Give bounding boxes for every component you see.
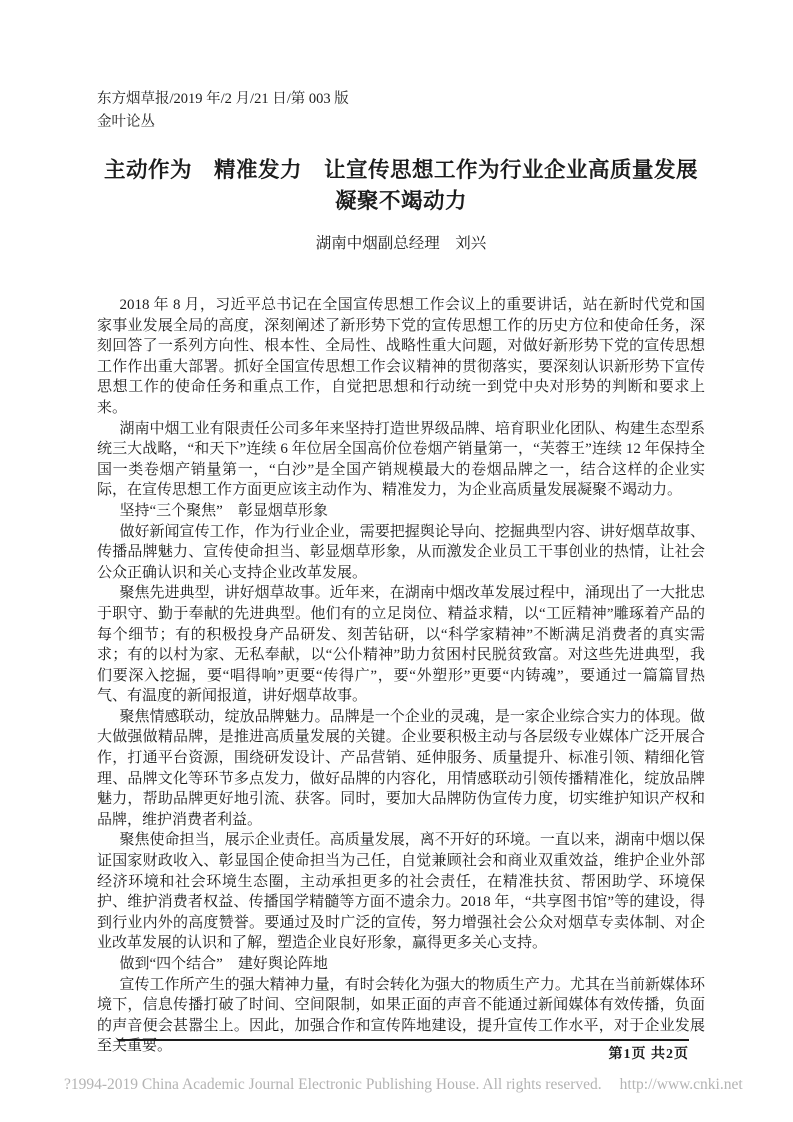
article-body: 2018 年 8 月，习近平总书记在全国宣传思想工作会议上的重要讲话，站在新时代… <box>97 295 705 1057</box>
body-paragraph: 2018 年 8 月，习近平总书记在全国宣传思想工作会议上的重要讲话，站在新时代… <box>97 295 705 419</box>
body-paragraph: 聚焦情感联动，绽放品牌魅力。品牌是一个企业的灵魂，是一家企业综合实力的体现。做大… <box>97 707 705 831</box>
article-byline: 湖南中烟副总经理 刘兴 <box>97 233 705 255</box>
copyright-text: ?1994-2019 China Academic Journal Electr… <box>64 1076 602 1093</box>
article-title: 主动作为 精准发力 让宣传思想工作为行业企业高质量发展凝聚不竭动力 <box>97 155 705 217</box>
publication-source: 东方烟草报/2019 年/2 月/21 日/第 003 版 <box>97 88 705 111</box>
footer-divider <box>118 1039 689 1041</box>
section-heading: 做到“四个结合” 建好舆论阵地 <box>97 954 705 975</box>
column-name: 金叶论丛 <box>97 111 705 134</box>
article-content: 东方烟草报/2019 年/2 月/21 日/第 003 版 金叶论丛 主动作为 … <box>97 88 705 1057</box>
body-paragraph: 聚焦使命担当，展示企业责任。高质量发展，离不开好的环境。一直以来，湖南中烟以保证… <box>97 830 705 954</box>
section-heading: 坚持“三个聚焦” 彰显烟草形象 <box>97 501 705 522</box>
page-indicator: 第1页 共2页 <box>118 1043 689 1063</box>
body-paragraph: 湖南中烟工业有限责任公司多年来坚持打造世界级品牌、培育职业化团队、构建生态型系统… <box>97 419 705 501</box>
body-paragraph: 聚焦先进典型，讲好烟草故事。近年来，在湖南中烟改革发展过程中，涌现出了一大批忠于… <box>97 583 705 707</box>
copyright-watermark: ?1994-2019 China Academic Journal Electr… <box>64 1076 744 1094</box>
document-page: 东方烟草报/2019 年/2 月/21 日/第 003 版 金叶论丛 主动作为 … <box>0 0 793 1122</box>
body-paragraph: 做好新闻宣传工作，作为行业企业，需要把握舆论导向、挖掘典型内容、讲好烟草故事、传… <box>97 522 705 584</box>
copyright-url: http://www.cnki.net <box>620 1076 743 1093</box>
